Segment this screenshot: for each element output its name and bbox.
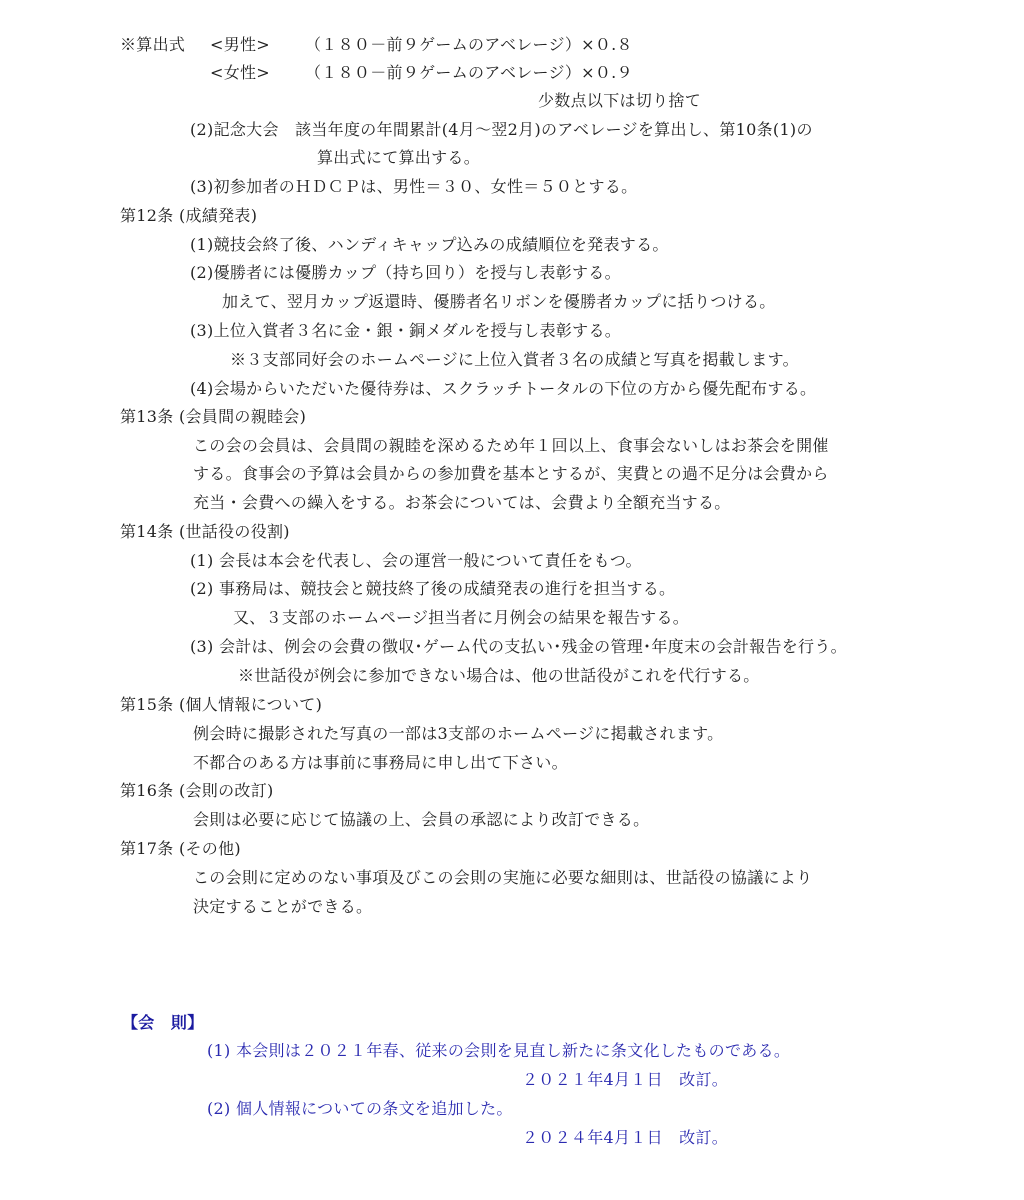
article12-line: ※３支部同好会のホームページに上位入賞者３名の成績と写真を掲載します。 bbox=[230, 349, 799, 371]
article14-line: (2) 事務局は、競技会と競技終了後の成績発表の進行を担当する。 bbox=[190, 578, 675, 600]
formula-female: （１８０－前９ゲームのアベレージ）×０.９ bbox=[305, 62, 633, 84]
article16-line: 会則は必要に応じて協議の上、会員の承認により改訂できる。 bbox=[193, 809, 649, 831]
formula-male-label: <男性> bbox=[210, 34, 270, 56]
article12-line: 加えて、翌月カップ返還時、優勝者名リボンを優勝者カップに括りつける。 bbox=[222, 291, 776, 313]
article17-line: この会則に定めのない事項及びこの会則の実施に必要な細則は、世話役の協議により bbox=[193, 867, 812, 889]
article13-line: 充当・会費への繰入をする。お茶会については、会費より全額充当する。 bbox=[193, 492, 731, 514]
article15-line: 不都合のある方は事前に事務局に申し出て下さい。 bbox=[193, 752, 568, 774]
article12-line: (1)競技会終了後、ハンディキャップ込みの成績順位を発表する。 bbox=[190, 234, 669, 256]
revision-item-2: (2) 個人情報についての条文を追加した。 bbox=[207, 1098, 513, 1120]
article14-line: 又、３支部のホームページ担当者に月例会の結果を報告する。 bbox=[233, 607, 689, 629]
article12-heading: 第12条 (成績発表) bbox=[120, 205, 257, 227]
article13-line: する。食事会の予算は会員からの参加費を基本とするが、実費との過不足分は会費から bbox=[193, 463, 829, 485]
revision-date-2: ２０２４年4月１日 改訂。 bbox=[522, 1127, 728, 1149]
revision-item-1: (1) 本会則は２０２１年春、従来の会則を見直し新たに条文化したものである。 bbox=[207, 1040, 790, 1062]
article13-heading: 第13条 (会員間の親睦会) bbox=[120, 406, 306, 428]
article16-heading: 第16条 (会則の改訂) bbox=[120, 780, 274, 802]
article11-item2: (2)記念大会 該当年度の年間累計(4月～翌2月)のアベレージを算出し、第10条… bbox=[190, 119, 813, 141]
article14-line: (3) 会計は、例会の会費の徴収･ゲーム代の支払い･残金の管理･年度末の会計報告… bbox=[190, 636, 847, 658]
article13-line: この会の会員は、会員間の親睦を深めるため年１回以上、食事会ないしはお茶会を開催 bbox=[193, 435, 829, 457]
article14-line: (1) 会長は本会を代表し、会の運営一般について責任をもつ。 bbox=[190, 550, 642, 572]
article11-item3: (3)初参加者のＨＤＣＰは、男性＝３０、女性＝５０とする。 bbox=[190, 176, 637, 198]
article15-heading: 第15条 (個人情報について) bbox=[120, 694, 322, 716]
article12-line: (4)会場からいただいた優待券は、スクラッチトータルの下位の方から優先配布する。 bbox=[190, 378, 816, 400]
article14-heading: 第14条 (世話役の役割) bbox=[120, 521, 290, 543]
article17-line: 決定することができる。 bbox=[193, 896, 372, 918]
formula-male: （１８０－前９ゲームのアベレージ）×０.８ bbox=[305, 34, 633, 56]
article12-line: (3)上位入賞者３名に金・銀・銅メダルを授与し表彰する。 bbox=[190, 320, 621, 342]
formula-label: ※算出式 bbox=[120, 34, 185, 56]
article15-line: 例会時に撮影された写真の一部は3支部のホームページに掲載されます。 bbox=[193, 723, 723, 745]
revision-heading: 【会 則】 bbox=[122, 1012, 204, 1034]
formula-note: 少数点以下は切り捨て bbox=[538, 90, 701, 112]
article14-line: ※世話役が例会に参加できない場合は、他の世話役がこれを代行する。 bbox=[238, 665, 760, 687]
article11-item2-cont: 算出式にて算出する。 bbox=[317, 147, 480, 169]
formula-female-label: <女性> bbox=[210, 62, 270, 84]
article12-line: (2)優勝者には優勝カップ（持ち回り）を授与し表彰する。 bbox=[190, 262, 621, 284]
revision-date-1: ２０２１年4月１日 改訂。 bbox=[522, 1069, 728, 1091]
article17-heading: 第17条 (その他) bbox=[120, 838, 241, 860]
